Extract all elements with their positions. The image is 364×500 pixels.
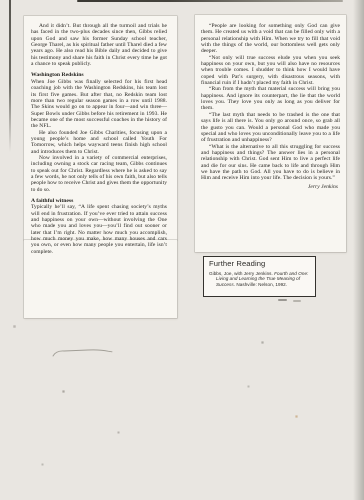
citation-authors: Gibbs, Joe, with Jerry Jenkins. xyxy=(209,271,274,276)
top-scan-edge-artifact xyxy=(77,0,343,2)
further-reading-box: Further Reading Gibbs, Joe, with Jerry J… xyxy=(203,256,316,297)
attribution-jerry-jenkins: Jerry Jenkins xyxy=(201,184,340,190)
section-heading-a-faithful-witness: A faithful witness xyxy=(31,198,167,204)
right-scan-shadow-artifact xyxy=(353,0,364,500)
paragraph-first-coaching-job: When Joe Gibbs was finally selected for … xyxy=(31,79,167,130)
stray-pen-mark-artifact xyxy=(50,346,120,360)
paragraph-commercial-enterprises: Now involved in a variety of commercial … xyxy=(31,155,167,193)
section-heading-washington-redskins: Washington Redskins xyxy=(31,72,167,78)
paper-specks-artifact xyxy=(0,0,1,1)
paragraph-alternative: “What is the alternative to all this str… xyxy=(201,144,340,182)
citation-publisher: . Nashville: Nelson, 1992. xyxy=(234,282,287,287)
paragraph-turmoil: And it didn’t. But through all the turmo… xyxy=(31,23,167,67)
scanned-page: And it didn’t. But through all the turmo… xyxy=(0,0,364,500)
further-reading-heading: Further Reading xyxy=(209,260,312,269)
smudge-artifact xyxy=(278,299,287,301)
paragraph-typically-hell-say: Typically he’ll say, “A life spent chasi… xyxy=(31,204,167,255)
left-scan-edge-artifact xyxy=(9,0,11,152)
paragraph-people-are-looking: “People are looking for something only G… xyxy=(201,23,340,55)
left-column: And it didn’t. But through all the turmo… xyxy=(31,23,167,255)
paragraph-true-success: “Not only will true success elude you wh… xyxy=(201,55,340,87)
citation: Gibbs, Joe, with Jerry Jenkins. Fourth a… xyxy=(209,271,312,287)
paragraph-material-success-myth: “Run from the myth that material success… xyxy=(201,86,340,111)
paragraph-last-myth: “The last myth that needs to be trashed … xyxy=(201,112,340,144)
smudge-artifact xyxy=(293,300,301,302)
paragraph-charities: He also founded Joe Gibbs Charities, foc… xyxy=(31,130,167,155)
right-column: “People are looking for something only G… xyxy=(201,23,340,190)
